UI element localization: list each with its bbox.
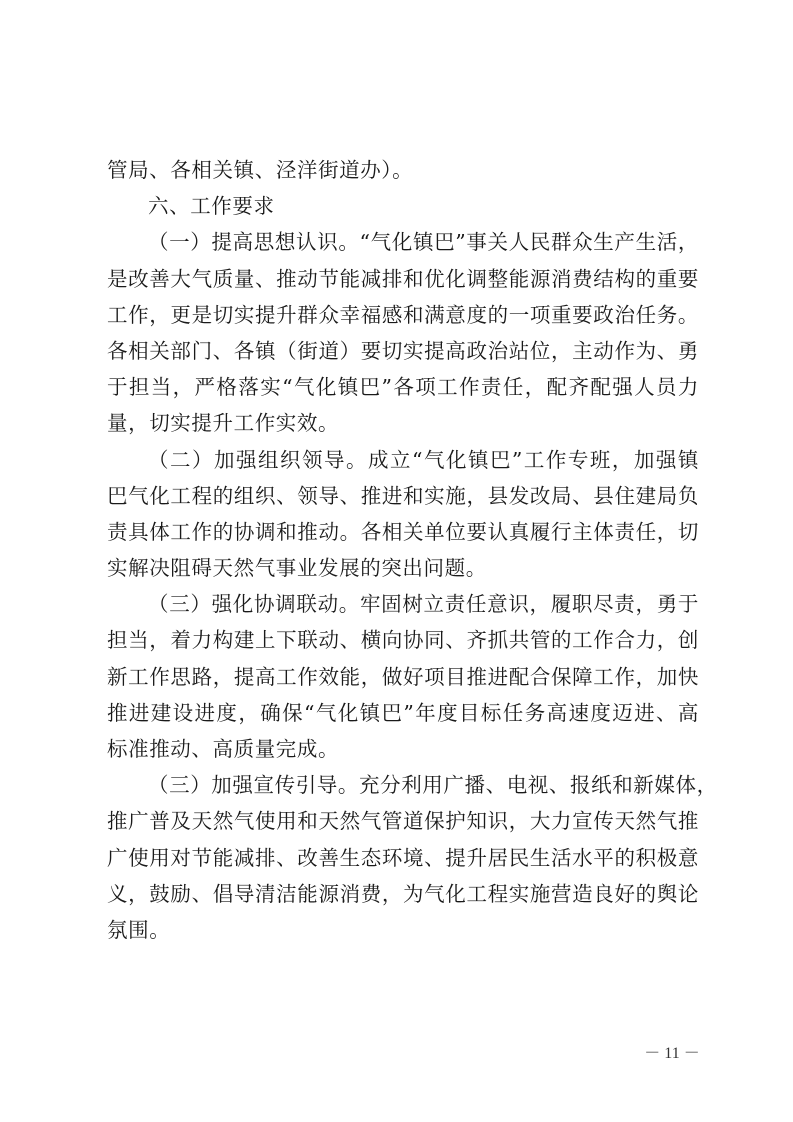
paragraph-line: 责具体工作的协调和推动。各相关单位要认真履行主体责任，切	[107, 514, 699, 550]
paragraph-4: （三）加强宣传引导。充分利用广播、电视、报纸和新媒体， 推广普及天然气使用和天然…	[107, 767, 699, 948]
page-number: － 11 －	[640, 1040, 704, 1063]
carryover-line: 管局、各相关镇、泾洋街道办）。	[107, 152, 699, 188]
section-heading: 六、工作要求	[107, 188, 699, 224]
paragraph-line: 广使用对节能减排、改善生态环境、提升居民生活水平的积极意	[107, 840, 699, 876]
paragraph-line: 是改善大气质量、推动节能减排和优化调整能源消费结构的重要	[107, 261, 699, 297]
paragraph-3: （三）强化协调联动。牢固树立责任意识，履职尽责，勇于 担当，着力构建上下联动、横…	[107, 586, 699, 767]
paragraph-2: （二）加强组织领导。成立“气化镇巴”工作专班，加强镇 巴气化工程的组织、领导、推…	[107, 442, 699, 587]
paragraph-line: （三）强化协调联动。牢固树立责任意识，履职尽责，勇于	[107, 586, 699, 622]
paragraph-line: 实解决阻碍天然气事业发展的突出问题。	[107, 550, 699, 586]
paragraph-line: 推进建设进度，确保“气化镇巴”年度目标任务高速度迈进、高	[107, 695, 699, 731]
paragraph-line: （二）加强组织领导。成立“气化镇巴”工作专班，加强镇	[107, 442, 699, 478]
paragraph-line: 标准推动、高质量完成。	[107, 731, 699, 767]
paragraph-line: 各相关部门、各镇（街道）要切实提高政治站位，主动作为、勇	[107, 333, 699, 369]
paragraph-line: 巴气化工程的组织、领导、推进和实施，县发改局、县住建局负	[107, 478, 699, 514]
paragraph-line: 新工作思路，提高工作效能，做好项目推进配合保障工作，加快	[107, 659, 699, 695]
document-body: 管局、各相关镇、泾洋街道办）。 六、工作要求 （一）提高思想认识。“气化镇巴”事…	[107, 152, 699, 948]
paragraph-line: 推广普及天然气使用和天然气管道保护知识，大力宣传天然气推	[107, 803, 699, 839]
paragraph-line: 量，切实提升工作实效。	[107, 405, 699, 441]
paragraph-line: 义，鼓励、倡导清洁能源消费，为气化工程实施营造良好的舆论	[107, 876, 699, 912]
paragraph-line: 氛围。	[107, 912, 699, 948]
paragraph-1: （一）提高思想认识。“气化镇巴”事关人民群众生产生活， 是改善大气质量、推动节能…	[107, 224, 699, 441]
paragraph-line: （一）提高思想认识。“气化镇巴”事关人民群众生产生活，	[107, 224, 699, 260]
paragraph-line: 工作，更是切实提升群众幸福感和满意度的一项重要政治任务。	[107, 297, 699, 333]
paragraph-line: 担当，着力构建上下联动、横向协同、齐抓共管的工作合力，创	[107, 622, 699, 658]
paragraph-line: 于担当，严格落实“气化镇巴”各项工作责任，配齐配强人员力	[107, 369, 699, 405]
paragraph-line: （三）加强宣传引导。充分利用广播、电视、报纸和新媒体，	[107, 767, 699, 803]
